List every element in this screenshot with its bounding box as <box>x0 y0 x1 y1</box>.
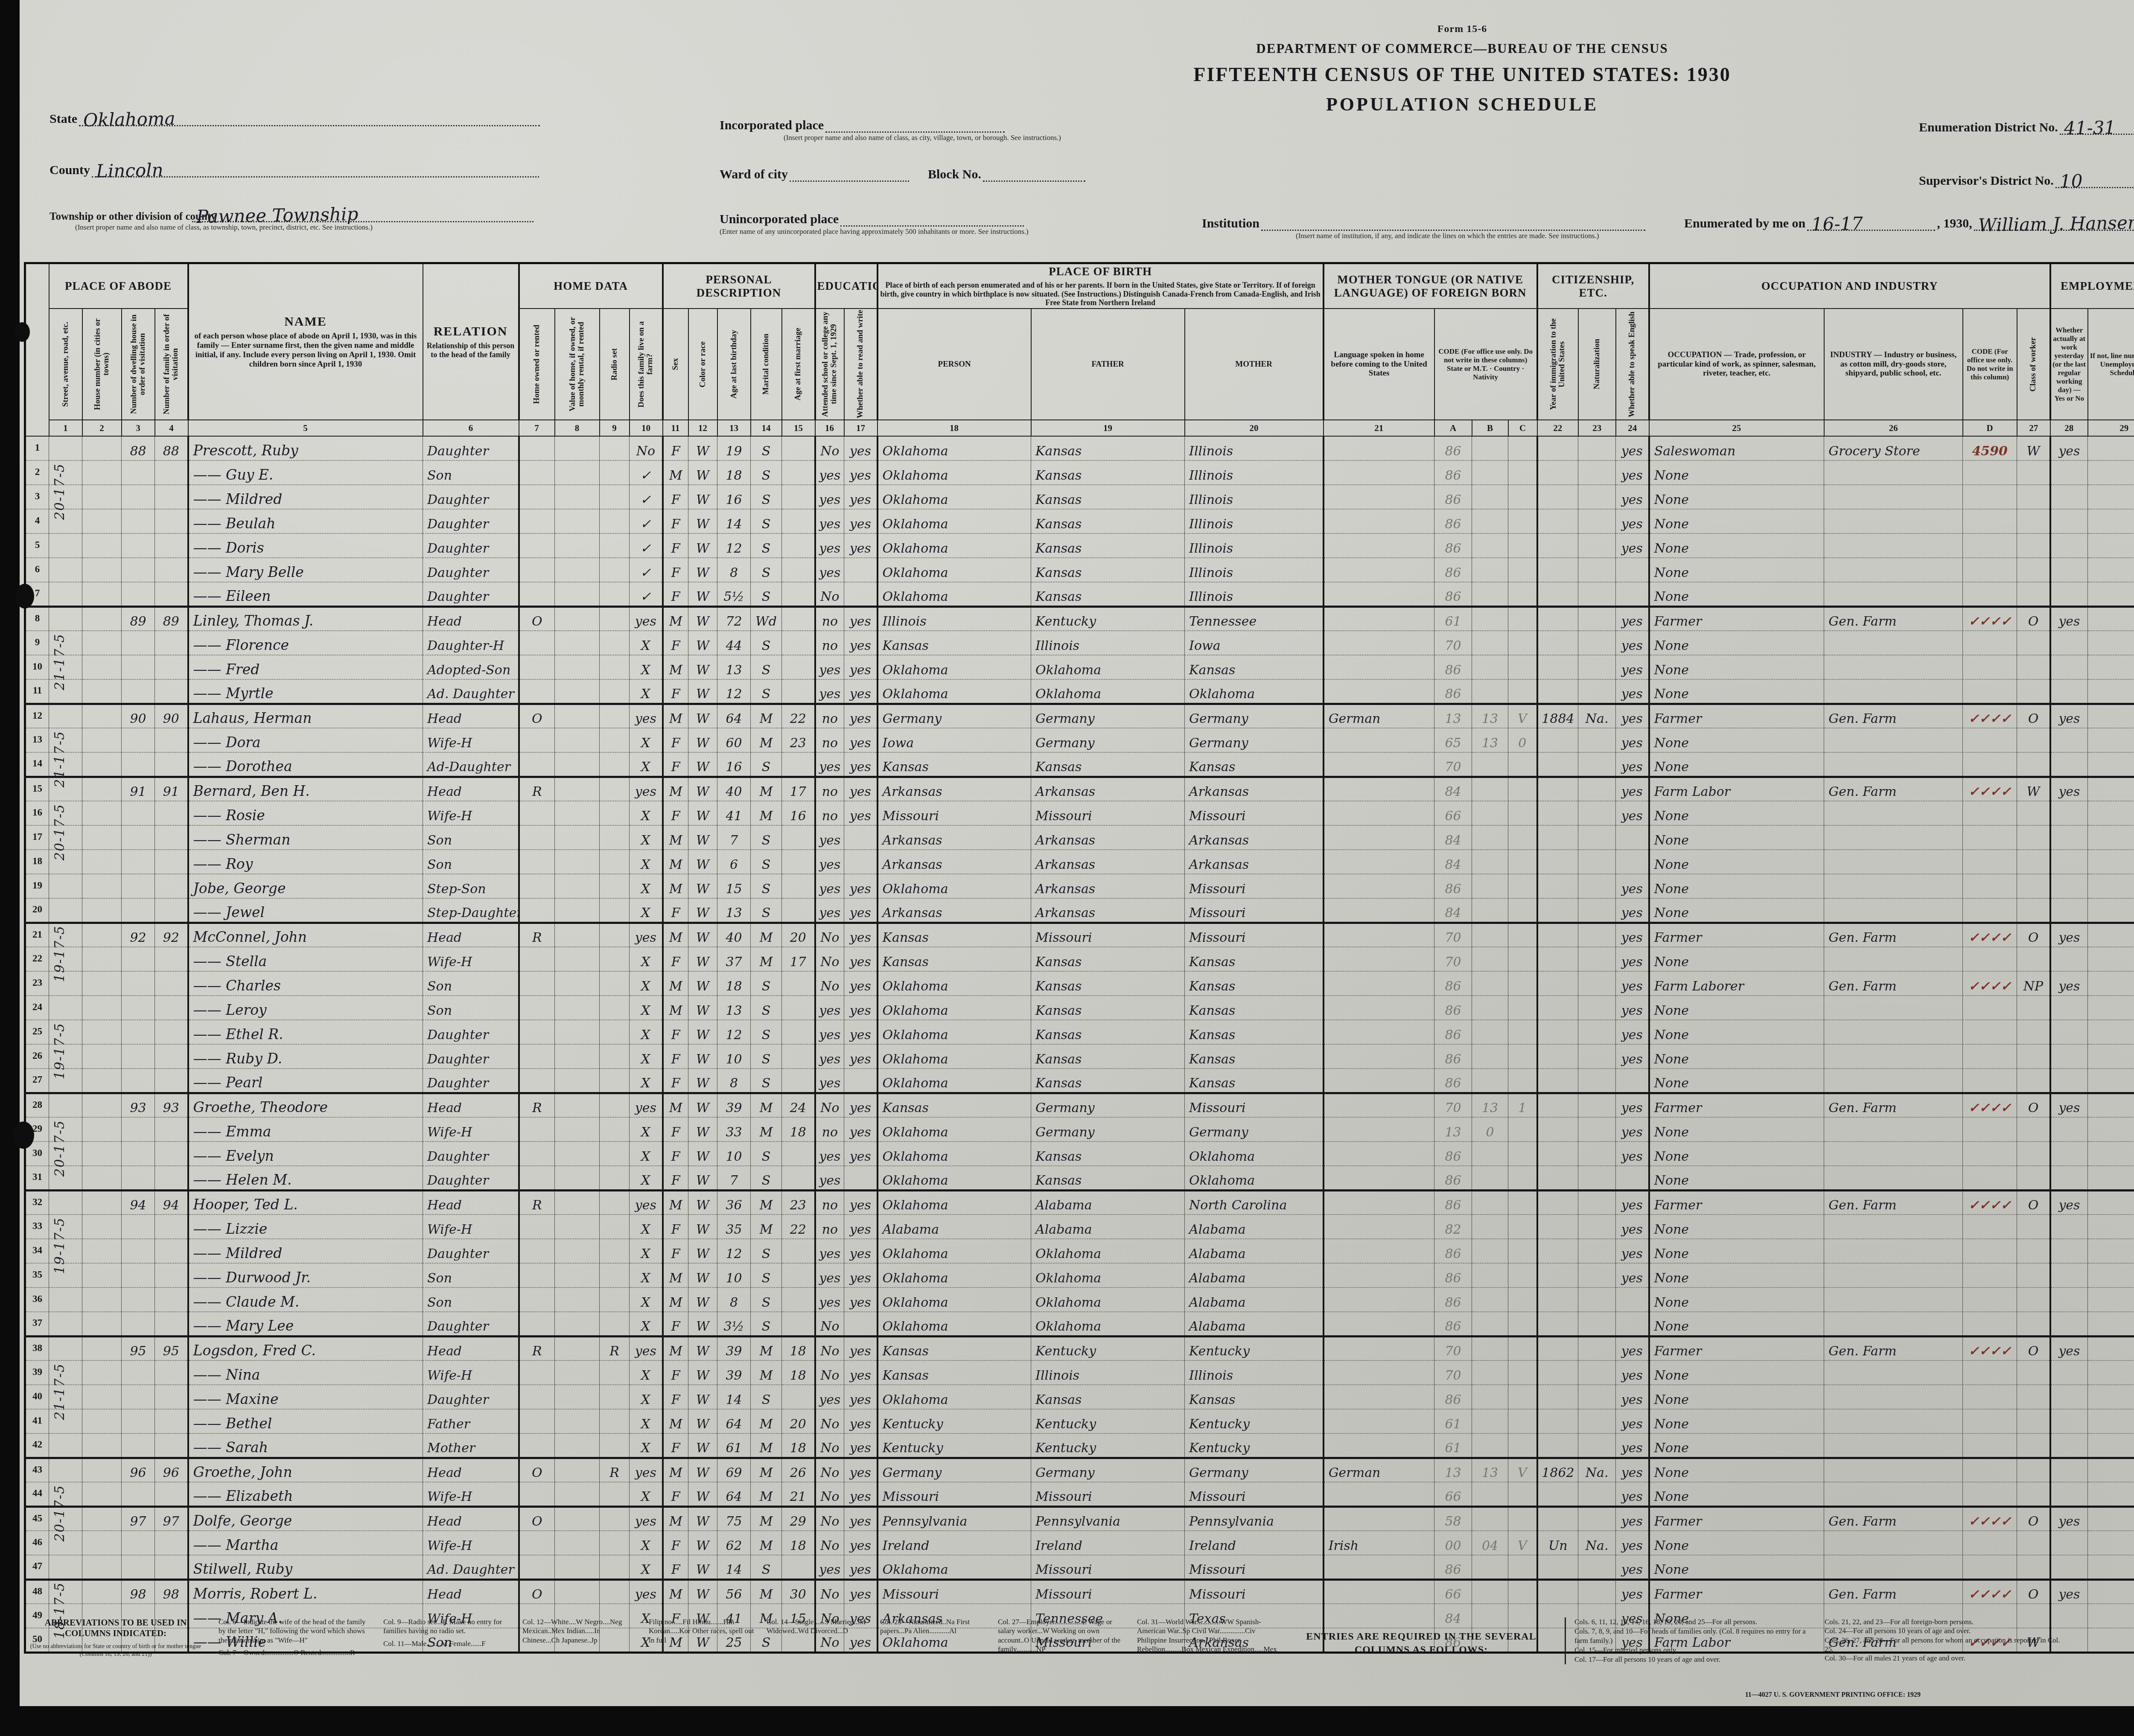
cell-cA: 86 <box>1434 1142 1472 1166</box>
table-row: 37—— Mary LeeDaughterXFW3½SNoOklahomaOkl… <box>25 1312 2134 1336</box>
cell-bm: Oklahoma <box>1185 679 1324 704</box>
cell-bp: Kansas <box>878 947 1031 971</box>
cell-fam <box>155 1020 188 1044</box>
cell-agem: 20 <box>782 1409 815 1433</box>
cell-unem <box>2088 436 2134 460</box>
cell-ind <box>1824 752 1963 777</box>
county-label: County <box>50 163 90 177</box>
cell-cA: 66 <box>1434 1482 1472 1506</box>
cell-cls <box>2017 679 2050 704</box>
cell-age: 72 <box>717 606 751 631</box>
cell-cA: 13 <box>1434 704 1472 728</box>
cell-cD <box>1963 1239 2017 1263</box>
cell-sch: yes <box>815 1555 844 1579</box>
cell-bp: Oklahoma <box>878 1069 1031 1093</box>
cell-wk <box>2050 1166 2088 1190</box>
cell-age: 10 <box>717 1263 751 1287</box>
cell-sex: M <box>663 777 688 801</box>
cell-sex: M <box>663 874 688 898</box>
cell-unem <box>2088 825 2134 850</box>
cell-bp: Oklahoma <box>878 971 1031 996</box>
cell-eng: yes <box>1616 752 1649 777</box>
cell-imm <box>1537 1020 1578 1044</box>
cell-bf: Oklahoma <box>1031 1312 1185 1336</box>
cell-bf: Kansas <box>1031 436 1185 460</box>
cell-bm: Alabama <box>1185 1263 1324 1287</box>
cell-sex: M <box>663 1579 688 1604</box>
cell-nat <box>1578 947 1616 971</box>
cell-race: W <box>688 1385 717 1409</box>
cell-farm: X <box>630 752 663 777</box>
cell-bp: Arkansas <box>878 850 1031 874</box>
cell-age: 14 <box>717 509 751 533</box>
cell-own <box>519 1142 555 1166</box>
cell-agem: 20 <box>782 923 815 947</box>
cell-radio <box>600 1579 630 1604</box>
cell-imm <box>1537 1482 1578 1506</box>
cell-ind <box>1824 582 1963 606</box>
req-2b: Col. 24—For all persons 10 years of age … <box>1825 1626 2064 1635</box>
cell-bm: Illinois <box>1185 1360 1324 1385</box>
cell-eng <box>1616 1069 1649 1093</box>
ward-label: Ward of city <box>720 167 788 181</box>
cell-wk <box>2050 825 2088 850</box>
cell-ind <box>1824 655 1963 679</box>
column-header: PERSONAL DESCRIPTION <box>663 263 815 309</box>
cell-farm: yes <box>630 1579 663 1604</box>
cell-bf: Kansas <box>1031 971 1185 996</box>
cell-agem <box>782 436 815 460</box>
cell-bp: Ireland <box>878 1531 1031 1555</box>
cell-sch: yes <box>815 655 844 679</box>
cell-sex: F <box>663 1385 688 1409</box>
cell-cC <box>1508 1312 1537 1336</box>
cell-val <box>555 923 600 947</box>
cell-cls <box>2017 1239 2050 1263</box>
cell-cB <box>1472 996 1508 1020</box>
cell-ind <box>1824 825 1963 850</box>
cell-bp: Germany <box>878 704 1031 728</box>
abbr-col6: Col. 6—Indicate the wife of the head of … <box>219 1617 372 1645</box>
cell-rw: yes <box>844 606 878 631</box>
column-header: 23 <box>1578 420 1616 436</box>
column-header: MOTHER <box>1185 309 1324 420</box>
cell-dw <box>122 1117 155 1142</box>
cell-eng <box>1616 1287 1649 1312</box>
cell-cD <box>1963 1409 2017 1433</box>
cell-age: 64 <box>717 704 751 728</box>
cell-wk <box>2050 1482 2088 1506</box>
cell-cA: 65 <box>1434 728 1472 752</box>
cell-eng: yes <box>1616 460 1649 485</box>
cell-age: 12 <box>717 1020 751 1044</box>
cell-rel: Son <box>423 1263 519 1287</box>
cell-farm: X <box>630 1215 663 1239</box>
cell-own <box>519 1312 555 1336</box>
cell-cD <box>1963 850 2017 874</box>
cell-radio <box>600 825 630 850</box>
cell-rw: yes <box>844 1506 878 1531</box>
cell-cD <box>1963 631 2017 655</box>
cell-radio <box>600 898 630 923</box>
cell-radio <box>600 1069 630 1093</box>
column-header: NAMEof each person whose place of abode … <box>188 263 423 420</box>
cell-imm <box>1537 801 1578 825</box>
cell-rel: Ad-Daughter <box>423 752 519 777</box>
cell-cA: 86 <box>1434 485 1472 509</box>
cell-bp: Oklahoma <box>878 1117 1031 1142</box>
cell-name: Jobe, George <box>188 874 423 898</box>
cell-name: —— Dorothea <box>188 752 423 777</box>
cell-bf: Missouri <box>1031 1555 1185 1579</box>
cell-name: —— Florence <box>188 631 423 655</box>
cell-fam: 94 <box>155 1190 188 1215</box>
cell-bf: Kansas <box>1031 1044 1185 1069</box>
cell-bp: Kansas <box>878 1093 1031 1117</box>
cell-occ: Farmer <box>1649 1336 1824 1360</box>
cell-cls <box>2017 898 2050 923</box>
cell-cls <box>2017 460 2050 485</box>
cell-lang <box>1324 874 1434 898</box>
cell-race: W <box>688 582 717 606</box>
cell-mar: S <box>751 1312 782 1336</box>
cell-agem <box>782 898 815 923</box>
cell-sex: F <box>663 898 688 923</box>
cell-house <box>82 1215 122 1239</box>
cell-radio <box>600 704 630 728</box>
cell-race: W <box>688 485 717 509</box>
cell-race: W <box>688 752 717 777</box>
cell-mar: S <box>751 533 782 558</box>
cell-occ: None <box>1649 1385 1824 1409</box>
cell-bm: Kansas <box>1185 1385 1324 1409</box>
cell-val <box>555 655 600 679</box>
cell-bf: Germany <box>1031 1093 1185 1117</box>
cell-cC: V <box>1508 704 1537 728</box>
cell-lang: Irish <box>1324 1531 1434 1555</box>
cell-val <box>555 947 600 971</box>
cell-cB <box>1472 1336 1508 1360</box>
line-number-left: 8 <box>25 606 49 631</box>
cell-wk <box>2050 898 2088 923</box>
cell-agem: 21 <box>782 1482 815 1506</box>
cell-cD <box>1963 1069 2017 1093</box>
cell-wk <box>2050 1263 2088 1287</box>
cell-sch: No <box>815 1506 844 1531</box>
cell-nat <box>1578 679 1616 704</box>
cell-rel: Head <box>423 1093 519 1117</box>
cell-occ: None <box>1649 1555 1824 1579</box>
cell-lang <box>1324 1069 1434 1093</box>
cell-nat <box>1578 1579 1616 1604</box>
sup-district-label: Supervisor's District No. <box>1919 174 2054 188</box>
cell-rel: Wife-H <box>423 1531 519 1555</box>
cell-cA: 86 <box>1434 1555 1472 1579</box>
cell-age: 35 <box>717 1215 751 1239</box>
cell-cC <box>1508 1263 1537 1287</box>
department-title: DEPARTMENT OF COMMERCE—BUREAU OF THE CEN… <box>1057 41 1868 56</box>
cell-nat <box>1578 971 1616 996</box>
cell-name: Bernard, Ben H. <box>188 777 423 801</box>
table-row: 44—— ElizabethWife-HXFW64M21NoyesMissour… <box>25 1482 2134 1506</box>
cell-cC <box>1508 1579 1537 1604</box>
cell-radio: R <box>600 1458 630 1482</box>
cell-rel: Daughter <box>423 1044 519 1069</box>
cell-cls: O <box>2017 606 2050 631</box>
column-header: 26 <box>1824 420 1963 436</box>
cell-cB <box>1472 1287 1508 1312</box>
cell-own <box>519 1239 555 1263</box>
cell-cC <box>1508 1360 1537 1385</box>
cell-street <box>49 582 82 606</box>
cell-nat: Na. <box>1578 704 1616 728</box>
cell-imm <box>1537 1044 1578 1069</box>
cell-sch: yes <box>815 509 844 533</box>
census-sheet: State Oklahoma County Lincoln Township o… <box>20 0 2134 1706</box>
cell-street <box>49 898 82 923</box>
cell-sch: yes <box>815 752 844 777</box>
cell-house <box>82 1069 122 1093</box>
cell-age: 7 <box>717 825 751 850</box>
cell-val <box>555 1555 600 1579</box>
cell-lang <box>1324 485 1434 509</box>
cell-unem <box>2088 1312 2134 1336</box>
cell-cC <box>1508 606 1537 631</box>
cell-race: W <box>688 1531 717 1555</box>
cell-bp: Oklahoma <box>878 1555 1031 1579</box>
cell-cls <box>2017 1215 2050 1239</box>
cell-radio <box>600 460 630 485</box>
cell-rw: yes <box>844 1215 878 1239</box>
line-number-left: 26 <box>25 1044 49 1069</box>
cell-lang <box>1324 898 1434 923</box>
cell-unem <box>2088 1458 2134 1482</box>
cell-nat <box>1578 850 1616 874</box>
cell-imm <box>1537 436 1578 460</box>
req-2a: Cols. 21, 22, and 23—For all foreign-bor… <box>1825 1617 2064 1626</box>
column-header: 15 <box>782 420 815 436</box>
cell-race: W <box>688 1069 717 1093</box>
cell-dw <box>122 752 155 777</box>
line-number-left: 27 <box>25 1069 49 1093</box>
cell-house <box>82 1093 122 1117</box>
cell-radio <box>600 1312 630 1336</box>
cell-rel: Ad. Daughter <box>423 1555 519 1579</box>
cell-bm: Pennsylvania <box>1185 1506 1324 1531</box>
cell-agem: 30 <box>782 1579 815 1604</box>
cell-imm <box>1537 996 1578 1020</box>
column-header: 10 <box>630 420 663 436</box>
cell-dw: 97 <box>122 1506 155 1531</box>
column-header: 14 <box>751 420 782 436</box>
cell-radio <box>600 1433 630 1458</box>
cell-cA: 70 <box>1434 947 1472 971</box>
cell-age: 8 <box>717 558 751 582</box>
cell-sch: No <box>815 923 844 947</box>
cell-farm: X <box>630 1531 663 1555</box>
cell-cA: 86 <box>1434 1069 1472 1093</box>
township-label: Township or other division of county <box>50 211 190 222</box>
cell-own: O <box>519 1458 555 1482</box>
cell-ind <box>1824 558 1963 582</box>
column-header: Naturalization <box>1578 309 1616 420</box>
cell-agem <box>782 874 815 898</box>
cell-unem <box>2088 1385 2134 1409</box>
cell-house <box>82 777 122 801</box>
line-number-left: 21 <box>25 923 49 947</box>
cell-sex: F <box>663 1531 688 1555</box>
cell-cD <box>1963 533 2017 558</box>
cell-nat <box>1578 1336 1616 1360</box>
cell-age: 36 <box>717 1190 751 1215</box>
cell-unem <box>2088 898 2134 923</box>
cell-dw <box>122 1531 155 1555</box>
cell-cD <box>1963 655 2017 679</box>
line-number-left: 12 <box>25 704 49 728</box>
cell-lang <box>1324 1020 1434 1044</box>
cell-imm <box>1537 509 1578 533</box>
column-header: Number of dwelling house in order of vis… <box>122 309 155 420</box>
cell-cB: 13 <box>1472 728 1508 752</box>
cell-race: W <box>688 1409 717 1433</box>
cell-ind <box>1824 460 1963 485</box>
cell-cB <box>1472 801 1508 825</box>
cell-ind <box>1824 1458 1963 1482</box>
cell-lang <box>1324 606 1434 631</box>
cell-occ: None <box>1649 558 1824 582</box>
cell-race: W <box>688 704 717 728</box>
cell-eng: yes <box>1616 1409 1649 1433</box>
cell-rel: Head <box>423 606 519 631</box>
cell-cA: 61 <box>1434 1433 1472 1458</box>
cell-own <box>519 874 555 898</box>
cell-rw <box>844 1069 878 1093</box>
cell-age: 61 <box>717 1433 751 1458</box>
cell-sex: F <box>663 631 688 655</box>
cell-occ: None <box>1649 1117 1824 1142</box>
cell-cB: 04 <box>1472 1531 1508 1555</box>
cell-bp: Oklahoma <box>878 1287 1031 1312</box>
cell-house <box>82 704 122 728</box>
cell-wk: yes <box>2050 777 2088 801</box>
column-header: PERSON <box>878 309 1031 420</box>
cell-bm: Alabama <box>1185 1239 1324 1263</box>
cell-sex: M <box>663 1336 688 1360</box>
cell-radio <box>600 1166 630 1190</box>
cell-farm: X <box>630 1312 663 1336</box>
cell-rw <box>844 582 878 606</box>
cell-farm: yes <box>630 1336 663 1360</box>
cell-rel: Daughter <box>423 1020 519 1044</box>
cell-dw <box>122 1142 155 1166</box>
req-1b: Cols. 7, 8, 9, and 10—For heads of famil… <box>1574 1627 1813 1646</box>
cell-rw: yes <box>844 1579 878 1604</box>
cell-eng: yes <box>1616 1482 1649 1506</box>
cell-occ: None <box>1649 1166 1824 1190</box>
cell-cD <box>1963 996 2017 1020</box>
cell-ind <box>1824 1263 1963 1287</box>
column-header: 12 <box>688 420 717 436</box>
cell-eng <box>1616 825 1649 850</box>
cell-sex: M <box>663 1409 688 1433</box>
cell-bm: Illinois <box>1185 558 1324 582</box>
cell-age: 10 <box>717 1142 751 1166</box>
line-number-left: 33 <box>25 1215 49 1239</box>
cell-house <box>82 874 122 898</box>
cell-cC <box>1508 1409 1537 1433</box>
cell-farm: X <box>630 1239 663 1263</box>
margin-section-note: 21-17-5 <box>52 731 67 788</box>
cell-race: W <box>688 923 717 947</box>
cell-cB: 13 <box>1472 1093 1508 1117</box>
cell-radio <box>600 1093 630 1117</box>
cell-bp: Alabama <box>878 1215 1031 1239</box>
line-number-left: 11 <box>25 679 49 704</box>
cell-unem <box>2088 1020 2134 1044</box>
cell-house <box>82 1117 122 1142</box>
cell-own <box>519 1166 555 1190</box>
cell-dw <box>122 1239 155 1263</box>
cell-sex: F <box>663 582 688 606</box>
cell-cls <box>2017 509 2050 533</box>
cell-cls: W <box>2017 436 2050 460</box>
cell-cC <box>1508 801 1537 825</box>
cell-occ: Farm Laborer <box>1649 971 1824 996</box>
cell-sex: F <box>663 947 688 971</box>
cell-cD <box>1963 1020 2017 1044</box>
cell-val <box>555 436 600 460</box>
cell-unem <box>2088 509 2134 533</box>
cell-sex: F <box>663 1044 688 1069</box>
cell-radio <box>600 1190 630 1215</box>
cell-cC <box>1508 460 1537 485</box>
cell-house <box>82 996 122 1020</box>
cell-rel: Son <box>423 825 519 850</box>
line-number-left: 17 <box>25 825 49 850</box>
cell-cB <box>1472 1044 1508 1069</box>
table-row: 9—— FlorenceDaughter-HXFW44SnoyesKansasI… <box>25 631 2134 655</box>
cell-unem <box>2088 1336 2134 1360</box>
cell-imm <box>1537 1433 1578 1458</box>
cell-name: McConnel, John <box>188 923 423 947</box>
cell-cD: ✓✓✓✓ <box>1963 1336 2017 1360</box>
cell-own <box>519 436 555 460</box>
cell-cB <box>1472 1166 1508 1190</box>
margin-section-note: 20-17-5 <box>52 463 67 520</box>
cell-house <box>82 1482 122 1506</box>
req-2d: Col. 30—For all males 21 years of age an… <box>1825 1654 2064 1663</box>
cell-rw: yes <box>844 777 878 801</box>
cell-cC <box>1508 752 1537 777</box>
cell-bp: Oklahoma <box>878 582 1031 606</box>
cell-eng: yes <box>1616 704 1649 728</box>
cell-lang <box>1324 1239 1434 1263</box>
cell-cD <box>1963 1531 2017 1555</box>
cell-house <box>82 1531 122 1555</box>
state-value: Oklahoma <box>79 108 181 131</box>
column-header: C <box>1508 420 1537 436</box>
cell-sex: M <box>663 1263 688 1287</box>
cell-cC <box>1508 436 1537 460</box>
cell-cC <box>1508 1142 1537 1166</box>
cell-sch: yes <box>815 1287 844 1312</box>
cell-eng: yes <box>1616 874 1649 898</box>
line-number-left: 6 <box>25 558 49 582</box>
cell-age: 62 <box>717 1531 751 1555</box>
cell-sex: M <box>663 996 688 1020</box>
cell-mar: M <box>751 728 782 752</box>
title-block: Form 15-6 DEPARTMENT OF COMMERCE—BUREAU … <box>1057 23 1868 115</box>
